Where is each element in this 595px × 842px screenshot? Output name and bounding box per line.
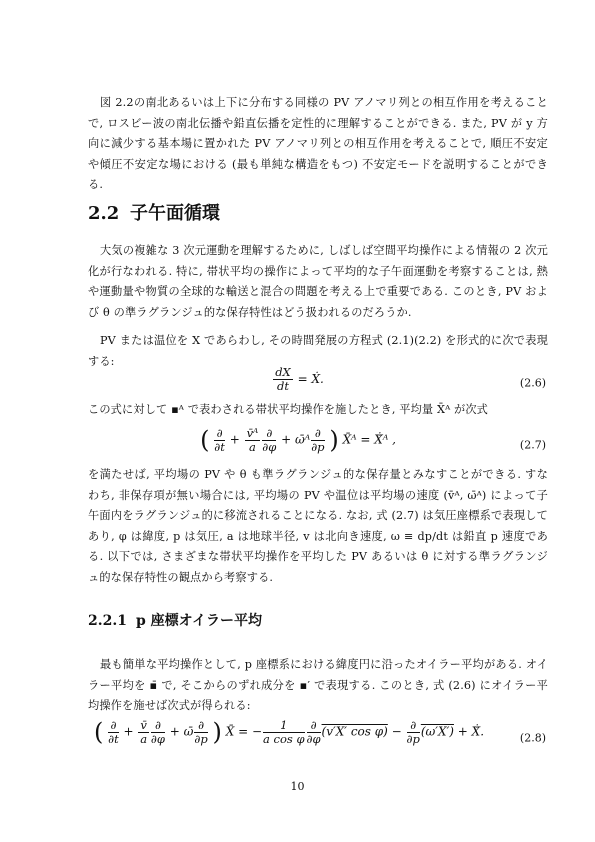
- paragraph-meridional-intro: 大気の複雑な 3 次元運動を理解するために, しばしば空間平均操作による情報の …: [88, 241, 548, 323]
- paragraph-zonal-mean-operator: この式に対して ▪ᴬ で表わされる帯状平均操作を施したとき, 平均量 X̄ᴬ が…: [88, 400, 548, 421]
- section-heading: 2.2子午面循環: [88, 199, 220, 225]
- equation-2-8: ( ∂∂t + v̄a∂∂φ + ω̄∂∂p ) X̄ = −1a cos φ∂…: [88, 718, 548, 758]
- equation-rhs: = Ẋ.: [298, 372, 324, 386]
- equation-label: (2.6): [520, 377, 546, 390]
- page-number: 10: [0, 780, 595, 793]
- paragraph-euler-mean: 最も簡単な平均操作として, p 座標系における緯度円に沿ったオイラー平均がある.…: [88, 655, 548, 717]
- equation-label: (2.8): [520, 732, 546, 745]
- paragraph-conservation: を満たせば, 平均場の PV や θ も準ラグランジュ的な保存量とみなすことがで…: [88, 465, 548, 588]
- document-page: 図 2.2の南北あるいは上下に分布する同様の PV アノマリ列との相互作用を考え…: [0, 0, 595, 842]
- section-title: 子午面循環: [130, 203, 220, 224]
- section-number: 2.2: [88, 203, 130, 224]
- equation-2-6: dX dt = Ẋ. (2.6): [88, 366, 548, 400]
- subsection-title: p 座標オイラー平均: [136, 613, 262, 629]
- equation-2-7: ( ∂∂t + v̄ᴬa∂∂φ + ω̄ᴬ∂∂p ) X̄ᴬ = Ẋ̄ᴬ , (…: [88, 426, 548, 464]
- subsection-number: 2.2.1: [88, 613, 136, 629]
- subsection-heading: 2.2.1p 座標オイラー平均: [88, 610, 262, 630]
- paragraph-pv-anomaly: 図 2.2の南北あるいは上下に分布する同様の PV アノマリ列との相互作用を考え…: [88, 93, 548, 196]
- equation-label: (2.7): [520, 439, 546, 452]
- fraction-dx-dt: dX dt: [273, 366, 293, 393]
